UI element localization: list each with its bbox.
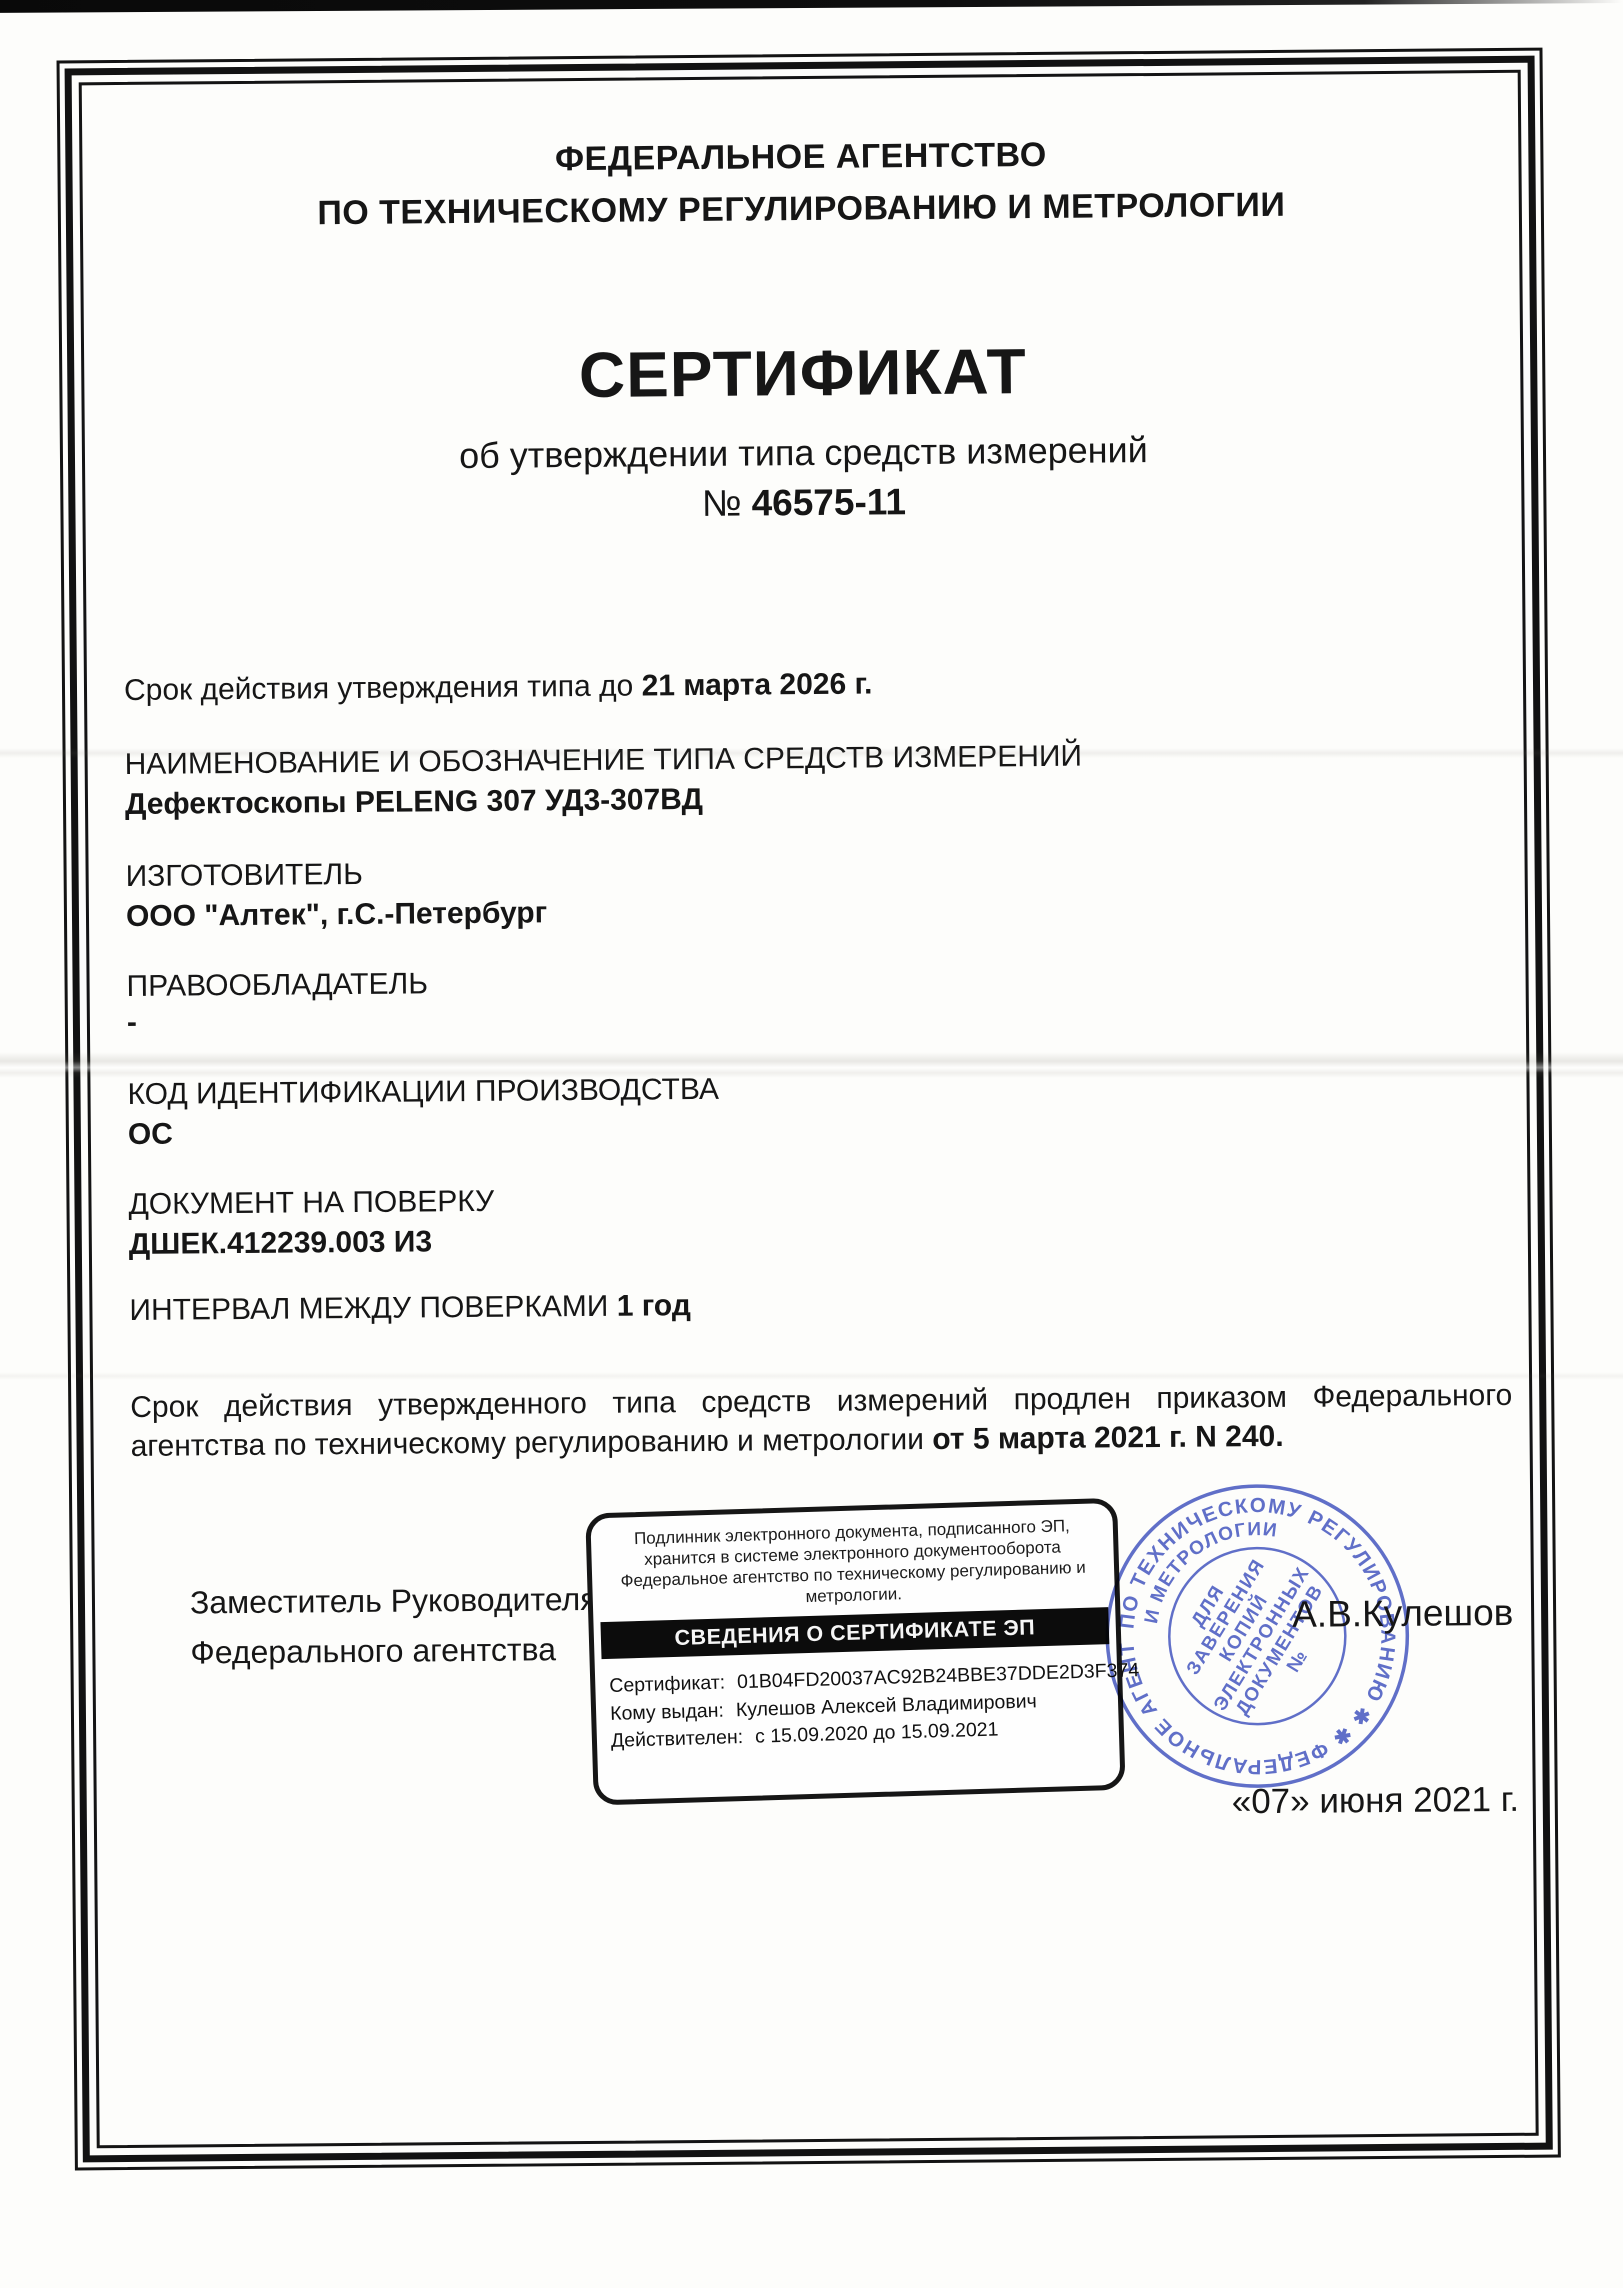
section-rightsholder-label: ПРАВООБЛАДАТЕЛЬ	[126, 967, 428, 1004]
section-manufacturer-label: ИЗГОТОВИТЕЛЬ	[125, 858, 362, 894]
esign-issued-to-label: Кому выдан:	[610, 1699, 724, 1724]
extension-paragraph: Срок действия утвержденного типа средств…	[130, 1376, 1513, 1466]
section-production-code-value: ОС	[128, 1118, 173, 1152]
section-name-value: Дефектоскопы PELENG 307 УД3-307ВД	[125, 783, 703, 822]
validity-value: 21 марта 2026 г.	[641, 667, 872, 702]
section-verification-doc-value: ДШЕК.412239.003 И3	[129, 1225, 433, 1262]
interval-value: 1 год	[617, 1289, 691, 1323]
interval-label: ИНТЕРВАЛ МЕЖДУ ПОВЕРКАМИ	[129, 1290, 617, 1327]
signatory-name: А.В.Кулешов	[1292, 1592, 1514, 1636]
validity-label: Срок действия утверждения типа до	[124, 669, 642, 707]
esign-valid-label: Действителен:	[611, 1726, 744, 1752]
signatory-role: Заместитель Руководителя Федерального аг…	[190, 1574, 598, 1678]
certificate-title: СЕРТИФИКАТ	[59, 330, 1547, 417]
section-rightsholder-value: -	[127, 1006, 137, 1040]
verification-interval-line: ИНТЕРВАЛ МЕЖДУ ПОВЕРКАМИ 1 год	[129, 1289, 691, 1328]
esignature-info-box: Подлинник электронного документа, подпис…	[585, 1498, 1125, 1806]
certificate-sheet: ФЕДЕРАЛЬНОЕ АГЕНТСТВО ПО ТЕХНИЧЕСКОМУ РЕ…	[0, 0, 1623, 2288]
signatory-role-line2: Федерального агентства	[190, 1624, 598, 1678]
certificate-number: 46575-11	[751, 481, 906, 523]
agency-round-stamp-icon: ПО ТЕХНИЧЕСКОМУ РЕГУЛИРОВАНИЮ ✱ ✱ ФЕДЕРА…	[1078, 1457, 1437, 1816]
section-manufacturer-value: ООО "Алтек", г.С.-Петербург	[126, 896, 547, 934]
validity-line: Срок действия утверждения типа до 21 мар…	[124, 667, 873, 708]
extension-order-ref: от 5 марта 2021 г. N 240.	[932, 1420, 1284, 1456]
esign-certificate-label: Сертификат:	[609, 1672, 725, 1697]
certificate-page: ФЕДЕРАЛЬНОЕ АГЕНТСТВО ПО ТЕХНИЧЕСКОМУ РЕ…	[0, 0, 1623, 2288]
section-production-code-label: КОД ИДЕНТИФИКАЦИИ ПРОИЗВОДСТВА	[127, 1073, 719, 1112]
signatory-role-line1: Заместитель Руководителя	[190, 1574, 598, 1628]
esign-bar-title: СВЕДЕНИЯ О СЕРТИФИКАТЕ ЭП	[600, 1607, 1109, 1659]
extension-line2-normal: агентства по техническому регулированию …	[130, 1423, 932, 1463]
esign-fields: Сертификат:01B04FD20037AC92B24BBE37DDE2D…	[609, 1658, 1119, 1756]
issue-date: «07» июня 2021 г.	[1232, 1780, 1520, 1823]
esign-valid-value: с 15.09.2020 до 15.09.2021	[755, 1718, 999, 1747]
number-sign: №	[702, 483, 742, 524]
section-verification-doc-label: ДОКУМЕНТ НА ПОВЕРКУ	[128, 1185, 494, 1222]
esign-notice: Подлинник электронного документа, подпис…	[591, 1514, 1115, 1613]
